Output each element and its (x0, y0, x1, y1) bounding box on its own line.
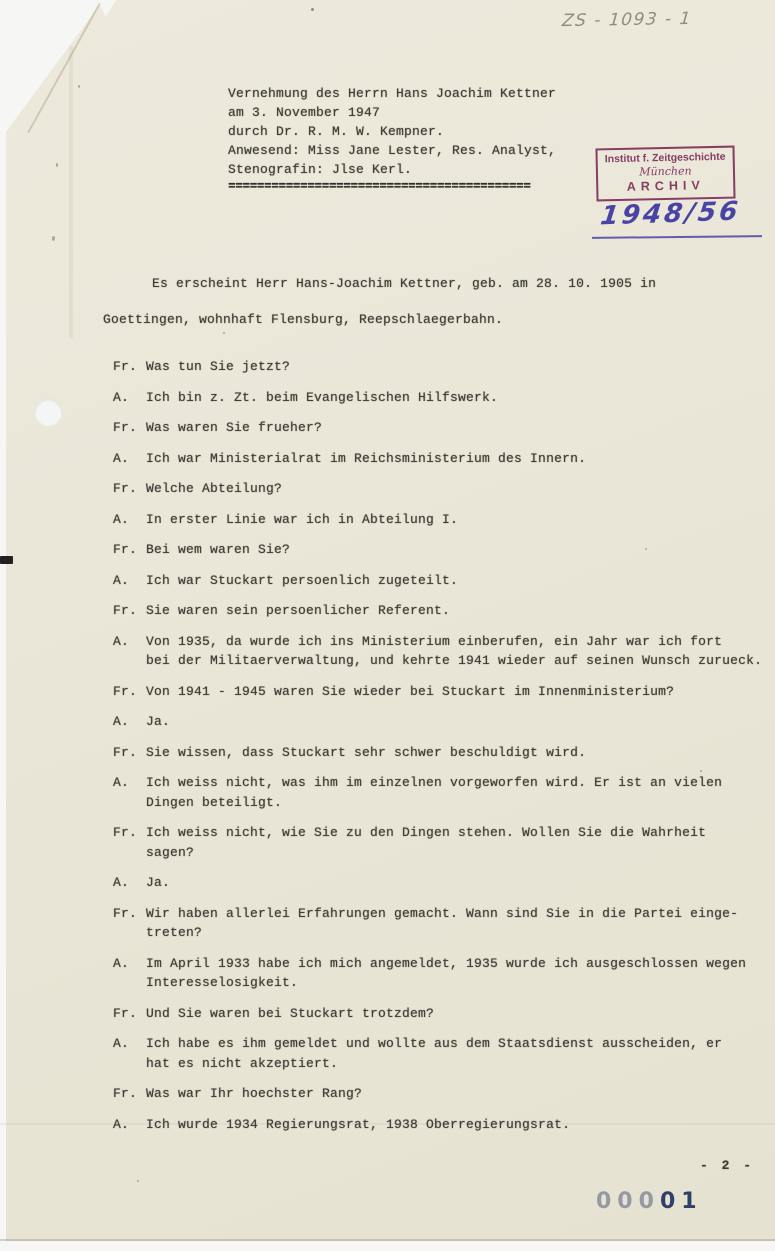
qa-line-text: Ich war Stuckart persoenlich zugeteilt. (146, 571, 458, 591)
qa-speaker-label: A. (113, 773, 146, 812)
qa-row: A. Ich weiss nicht, was ihm im einzelnen… (113, 773, 763, 812)
paper-speck (137, 1180, 139, 1182)
qa-line-text: Was tun Sie jetzt? (146, 357, 290, 377)
fold-crease-vertical (69, 46, 73, 338)
paper-speck (78, 85, 80, 88)
left-edge-ink-mark (0, 556, 13, 564)
qa-line-text: Von 1935, da wurde ich ins Ministerium e… (146, 632, 762, 671)
qa-row: A. Im April 1933 habe ich mich angemelde… (113, 954, 763, 993)
archive-pencil-code: ZS - 1093 - 1 (561, 9, 693, 31)
qa-row: Fr. Und Sie waren bei Stuckart trotzdem? (113, 1004, 763, 1024)
qa-row: A. Ich war Ministerialrat im Reichsminis… (113, 449, 763, 469)
qa-row: Fr. Wir haben allerlei Erfahrungen gemac… (113, 904, 763, 943)
qa-line-text: Von 1941 - 1945 waren Sie wieder bei Stu… (146, 682, 674, 702)
qa-speaker-label: Fr. (113, 418, 146, 438)
qa-speaker-label: Fr. (113, 479, 146, 499)
qa-speaker-label: Fr. (113, 357, 146, 377)
appearance-paragraph: Es erscheint Herr Hans-Joachim Kettner, … (103, 266, 743, 338)
qa-row: A. Ich habe es ihm gemeldet und wollte a… (113, 1034, 763, 1073)
qa-line-text: Sie wissen, dass Stuckart sehr schwer be… (146, 743, 586, 763)
header-separator-rule: ========================================… (228, 178, 530, 194)
archive-stamp: Institut f. Zeitgeschichte München ARCHI… (595, 146, 735, 202)
qa-line-text: Was waren Sie frueher? (146, 418, 322, 438)
qa-speaker-label: A. (113, 510, 146, 530)
qa-row: A. In erster Linie war ich in Abteilung … (113, 510, 763, 530)
qa-row: Fr. Was war Ihr hoechster Rang? (113, 1084, 763, 1104)
qa-speaker-label: A. (113, 632, 146, 671)
qa-speaker-label: A. (113, 1034, 146, 1073)
qa-speaker-label: A. (113, 449, 146, 469)
qa-line-text: Im April 1933 habe ich mich angemeldet, … (146, 954, 746, 993)
qa-list: Fr. Was tun Sie jetzt? A. Ich bin z. Zt.… (113, 357, 763, 1145)
qa-line-text: Ich weiss nicht, wie Sie zu den Dingen s… (146, 823, 706, 862)
document-header: Vernehmung des Herrn Hans Joachim Kettne… (228, 84, 556, 179)
punch-hole (35, 399, 62, 426)
paper-bottom-edge (0, 1239, 775, 1241)
qa-row: A. Ja. (113, 873, 763, 893)
qa-speaker-label: A. (113, 1115, 146, 1135)
archive-signature-number: 1948/56 (599, 197, 742, 232)
qa-speaker-label: A. (113, 873, 146, 893)
paper-speck (52, 236, 55, 241)
qa-speaker-label: Fr. (113, 743, 146, 763)
qa-line-text: Welche Abteilung? (146, 479, 282, 499)
qa-line-text: In erster Linie war ich in Abteilung I. (146, 510, 458, 530)
qa-line-text: Ich bin z. Zt. beim Evangelischen Hilfsw… (146, 388, 498, 408)
qa-line-text: Ich weiss nicht, was ihm im einzelnen vo… (146, 773, 722, 812)
qa-row: A. Von 1935, da wurde ich ins Ministeriu… (113, 632, 763, 671)
qa-row: A. Ich bin z. Zt. beim Evangelischen Hil… (113, 388, 763, 408)
serial-stamp-bold-digits: 01 (660, 1189, 703, 1214)
qa-speaker-label: Fr. (113, 540, 146, 560)
qa-row: Fr. Was waren Sie frueher? (113, 418, 763, 438)
serial-stamp-faint-digits: 000 (596, 1189, 660, 1214)
qa-row: A. Ich war Stuckart persoenlich zugeteil… (113, 571, 763, 591)
qa-speaker-label: A. (113, 388, 146, 408)
qa-speaker-label: A. (113, 712, 146, 732)
qa-speaker-label: Fr. (113, 1084, 146, 1104)
paper-speck (56, 163, 58, 167)
paper-speck (311, 8, 314, 11)
qa-row: Fr. Von 1941 - 1945 waren Sie wieder bei… (113, 682, 763, 702)
qa-line-text: Ja. (146, 873, 170, 893)
qa-line-text: Und Sie waren bei Stuckart trotzdem? (146, 1004, 434, 1024)
qa-speaker-label: Fr. (113, 601, 146, 621)
qa-row: A. Ich wurde 1934 Regierungsrat, 1938 Ob… (113, 1115, 763, 1135)
qa-speaker-label: A. (113, 954, 146, 993)
qa-row: Fr. Welche Abteilung? (113, 479, 763, 499)
qa-line-text: Ich habe es ihm gemeldet und wollte aus … (146, 1034, 722, 1073)
qa-line-text: Ich wurde 1934 Regierungsrat, 1938 Oberr… (146, 1115, 570, 1135)
qa-speaker-label: Fr. (113, 904, 146, 943)
qa-speaker-label: A. (113, 571, 146, 591)
qa-row: Fr. Was tun Sie jetzt? (113, 357, 763, 377)
archive-stamp-archiv: ARCHIV (599, 177, 732, 196)
qa-line-text: Bei wem waren Sie? (146, 540, 290, 560)
qa-line-text: Was war Ihr hoechster Rang? (146, 1084, 362, 1104)
qa-line-text: Sie waren sein persoenlicher Referent. (146, 601, 450, 621)
qa-row: Fr. Sie wissen, dass Stuckart sehr schwe… (113, 743, 763, 763)
document-serial-stamp: 00001 (596, 1189, 703, 1214)
qa-speaker-label: Fr. (113, 682, 146, 702)
qa-row: A. Ja. (113, 712, 763, 732)
scanned-document-page: ZS - 1093 - 1 Vernehmung des Herrn Hans … (0, 0, 775, 1251)
qa-speaker-label: Fr. (113, 823, 146, 862)
qa-speaker-label: Fr. (113, 1004, 146, 1024)
qa-row: Fr. Sie waren sein persoenlicher Referen… (113, 601, 763, 621)
qa-line-text: Ja. (146, 712, 170, 732)
page-number: - 2 - (700, 1158, 754, 1173)
qa-line-text: Ich war Ministerialrat im Reichsminister… (146, 449, 586, 469)
qa-row: Fr. Ich weiss nicht, wie Sie zu den Ding… (113, 823, 763, 862)
qa-line-text: Wir haben allerlei Erfahrungen gemacht. … (146, 904, 738, 943)
qa-row: Fr. Bei wem waren Sie? (113, 540, 763, 560)
